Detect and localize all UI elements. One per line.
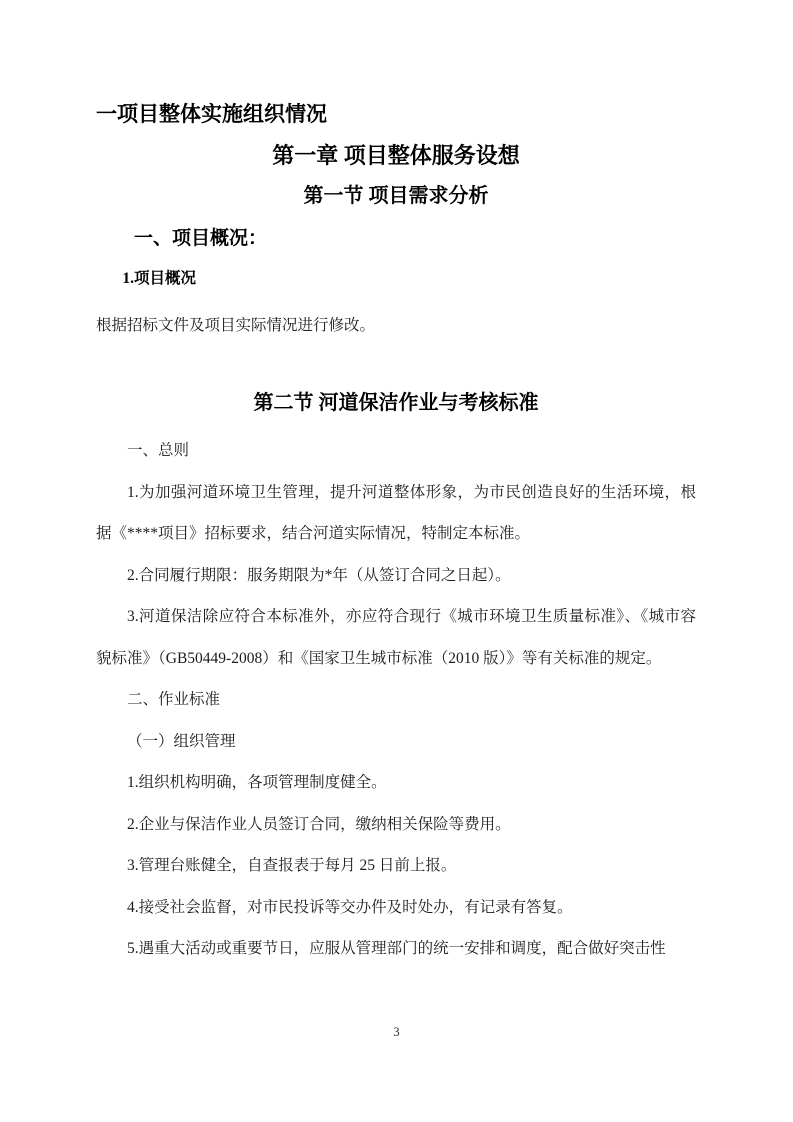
- org-management-item: 2.企业与保洁作业人员签订合同，缴纳相关保险等费用。: [96, 804, 696, 846]
- document-page: 一项目整体实施组织情况 第一章 项目整体服务设想 第一节 项目需求分析 一、项目…: [0, 0, 793, 1122]
- section-heading-river-cleaning-standards: 第二节 河道保洁作业与考核标准: [96, 389, 696, 417]
- page-number: 3: [0, 1024, 793, 1040]
- chapter-heading: 第一章 项目整体服务设想: [96, 141, 696, 171]
- org-management-heading: （一）组织管理: [96, 721, 696, 763]
- org-management-item: 5.遇重大活动或重要节日，应服从管理部门的统一安排和调度，配合做好突击性: [96, 928, 696, 970]
- org-management-item: 3.管理台账健全，自查报表于每月 25 日前上报。: [96, 845, 696, 887]
- overview-note: 根据招标文件及项目实际情况进行修改。: [96, 313, 696, 339]
- body-text: 一、总则 1.为加强河道环境卫生管理，提升河道整体形象，为市民创造良好的生活环境…: [96, 430, 696, 970]
- general-rule-item: 1.为加强河道环境卫生管理，提升河道整体形象，为市民创造良好的生活环境，根据《*…: [96, 472, 696, 555]
- general-rule-item: 2.合同履行期限：服务期限为*年（从签订合同之日起）。: [96, 555, 696, 597]
- work-standards-heading: 二、作业标准: [96, 679, 696, 721]
- org-management-item: 1.组织机构明确，各项管理制度健全。: [96, 762, 696, 804]
- general-rule-item: 3.河道保洁除应符合本标准外，亦应符合现行《城市环境卫生质量标准》、《城市容貌标…: [96, 596, 696, 679]
- overview-subheading: 1.项目概况: [96, 266, 696, 292]
- section-heading-needs-analysis: 第一节 项目需求分析: [96, 182, 696, 210]
- main-heading: 一项目整体实施组织情况: [96, 99, 696, 129]
- overview-heading: 一、项目概况：: [96, 226, 696, 252]
- general-rules-heading: 一、总则: [96, 430, 696, 472]
- org-management-item: 4.接受社会监督，对市民投诉等交办件及时处办，有记录有答复。: [96, 887, 696, 929]
